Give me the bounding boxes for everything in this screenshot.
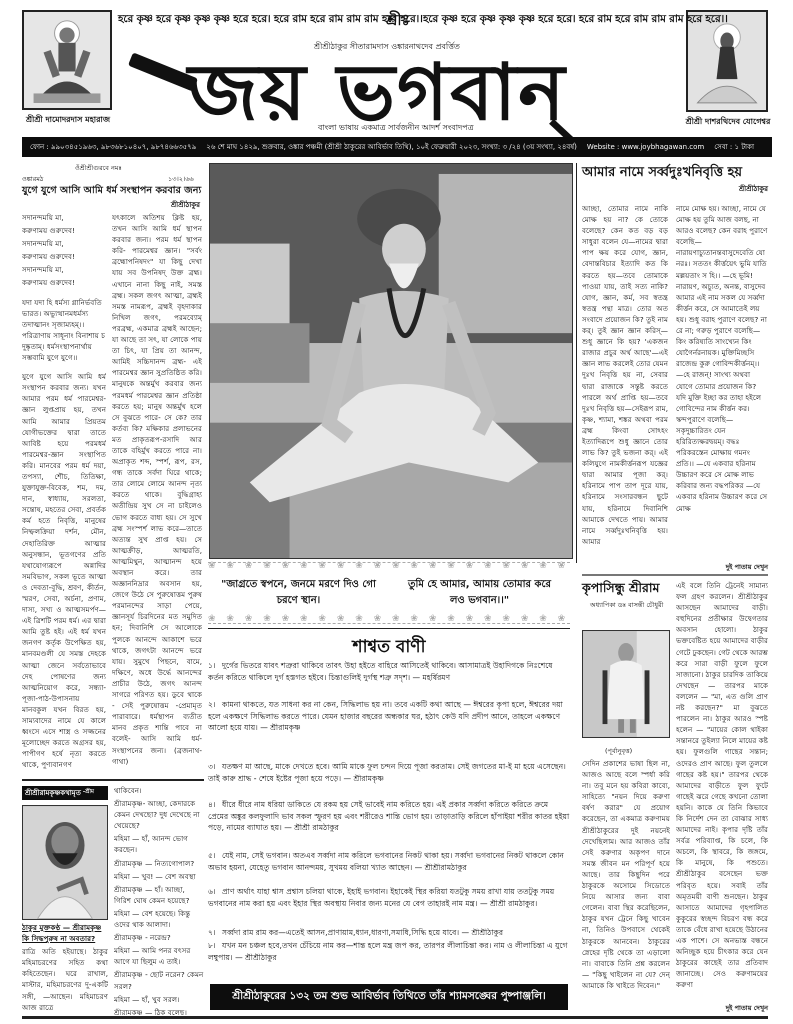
hymn-line: করুণাময় গুরুদেব! bbox=[22, 251, 106, 262]
price: সেবা : ১ টাকা bbox=[714, 141, 754, 153]
left-article-col1: সদানন্দময়ি মা, করুণাময় গুরুদেব! সদানন্… bbox=[22, 212, 106, 772]
divider bbox=[208, 628, 570, 629]
saying-item: ৪।ধীরে ধীরে নাম ধরিয়া ডাকিতে যে রকম হয়… bbox=[208, 799, 570, 834]
left-article-byline: শ্রীশ্রীঠাকুর bbox=[140, 199, 200, 211]
left-article-body-1: যুগে যুগে আসি আমি ধর্ম সংস্থাপন করবার জন… bbox=[22, 371, 106, 770]
ramakrishna-image bbox=[23, 806, 107, 919]
mantra-center: শ্রীঃ bbox=[386, 9, 409, 34]
seated-sage-main-image bbox=[210, 164, 572, 558]
kathamrita-col2: থাকিবেন। শ্রীরামকৃষ্ণ- আচ্ছা, কেদারকে কে… bbox=[114, 785, 204, 1015]
kripasindhu-headline: কৃপাসিন্ধু শ্রীরাম bbox=[582, 580, 659, 600]
saying-item: ৫।যেই নাম, সেই ভগবান। অতএব সর্ব্বদা নাম … bbox=[208, 850, 570, 873]
main-sage-photo bbox=[209, 163, 573, 559]
tagline: বাংলা ভাষায় একমাত্র সার্বজনীন আদর্শ সংব… bbox=[318, 122, 474, 135]
saying-item: ৩।যতক্ষণ মা আছে, মাকে দেখতে হবে। আমি মাক… bbox=[208, 761, 570, 784]
divider bbox=[22, 779, 204, 781]
phone-numbers: ফোন : ৯৯০৩৪৫১৯৬৩, ৯৮৩৬৮১০৪০৭, ৯৮৭৪৬৬৩৫৭৯ bbox=[30, 141, 196, 153]
right-article-body-1: আচ্ছা, তোমার নামে নাকি মোক্ষ হয় না? কে … bbox=[582, 203, 668, 547]
dialogue-line: শ্রীরামকৃষ্ণ — নিত্যগোপাল? bbox=[114, 858, 204, 869]
dialogue-line: মহিমা — বেশ হয়েছে। কিন্তু ওদের থাক আলাদ… bbox=[114, 908, 204, 930]
seated-sage-image bbox=[24, 12, 110, 108]
column-divider bbox=[576, 163, 577, 563]
hymn-line: করুণাময় গুরুদেব! bbox=[22, 277, 106, 288]
dialogue-line: থাকিবেন। bbox=[114, 785, 204, 796]
mantra-right: হরে কৃষ্ণ হরে কৃষ্ণ কৃষ্ণ কৃষ্ণ হরে হরে।… bbox=[423, 12, 728, 29]
left-article-col2: যৎকালে অতিশয় ক্লিষ্ট হয়, তখন আসি আমি ধ… bbox=[112, 212, 202, 772]
issue-date: ২৬ শে মাঘ ১৪২৯, শুক্রবার, ওঙ্কার পঞ্চমী … bbox=[206, 141, 577, 153]
left-portrait-caption: শ্রীশ্রী দামোদরদাস মহারাজ bbox=[22, 114, 114, 127]
sayings-title: শাশ্বত বাণী bbox=[208, 634, 570, 662]
kripasindhu-author: অধ্যাপিকা ডঃ বাসন্তী চৌধুরী bbox=[590, 600, 663, 611]
newspaper-title: জয় ভগবান্ bbox=[128, 54, 567, 132]
previous-note: (পূর্বানুবৃত্ত) bbox=[605, 746, 632, 757]
right-article-col2: নামে মোক্ষ হয়। আচ্ছা, নামে যে মোক্ষ হয়… bbox=[676, 203, 768, 551]
flower-border-bottom: ❀ ❀ ❀ ❀ ❀ ❀ ❀ ❀ ❀ ❀ ❀ ❀ ❀ ❀ ❀ ❀ ❀ ❀ ❀ ❀ … bbox=[208, 614, 570, 624]
right-article-byline: শ্রীশ্রীঠাকুর bbox=[700, 183, 768, 195]
kripasindhu-body-1: সেদিন প্রকাশের ভাষা ছিল না, আজও আছে বলে … bbox=[582, 758, 670, 991]
gita-sloka: যদা যদা হি ধর্মস্য গ্লানির্ভবতি ভারত। অভ… bbox=[22, 297, 106, 364]
right-portrait-caption: শ্রীশ্রী দাশরথিদেব যোগেশ্বর bbox=[680, 116, 776, 129]
invocation: ওঁশ্রীশ্রীগুরবে নমঃ bbox=[75, 163, 122, 174]
right-article-body-2: নামে মোক্ষ হয়। আচ্ছা, নামে যে মোক্ষ হয়… bbox=[676, 203, 768, 514]
dialogue-line: শ্রীরামকৃষ্ণ- আচ্ছা, কেদারকে কেমন দেখছো?… bbox=[114, 798, 204, 831]
quote-left: "জাগ্রতে স্বপনে, জনমে মরণে দিও গো চরণে স… bbox=[219, 577, 379, 609]
bottom-rule bbox=[22, 1016, 768, 1019]
kathamrita-title: শ্রীশ্রীরামকৃষ্ণকথামৃত -শ্রীম bbox=[22, 786, 108, 800]
info-bar: ফোন : ৯৯০৩৪৫১৯৬৩, ৯৮৩৬৮১০৪০৭, ৯৮৭৪৬৬৩৫৭৯… bbox=[22, 137, 772, 157]
quote-right: তুমি হে আমার, আমায় তোমার করে লও ভগবান।।… bbox=[400, 577, 560, 609]
saying-item: ৬।প্রাণ অর্থাৎ যাহা শ্বাস প্রশ্বাস চলিয়… bbox=[208, 886, 570, 909]
continued-note: দুই পাতায় দেখুন bbox=[700, 562, 768, 573]
saying-item: ৭।সর্ব্বদা রাম রাম কর—এতেই আসন,প্রাণায়া… bbox=[208, 927, 570, 939]
saying-item: ১।দুর্গের ভিতরে যাবৎ শত্রুরা থাকিবে তাবৎ… bbox=[208, 660, 570, 683]
hymn-line: সদানন্দময়ি মা, bbox=[22, 264, 106, 275]
dialogue-line: মহিমা — খুব! — বেশ অবস্থা bbox=[114, 871, 204, 882]
hymn-line: সদানন্দময়ি মা, bbox=[22, 212, 106, 223]
mantra-left: হরে কৃষ্ণ হরে কৃষ্ণ কৃষ্ণ কৃষ্ণ হরে হরে।… bbox=[118, 12, 423, 29]
dialogue-line: শ্রীরামকৃষ্ণ — হাঁ। আচ্ছা, গিরিশ ঘোষ কেম… bbox=[114, 884, 204, 906]
left-article-headline: যুগে যুগে আসি আমি ধর্ম সংস্থাপন করবার জন… bbox=[22, 184, 201, 199]
dialogue-line: মহিমা — হাঁ, আনন্দ ভোগ করছেন। bbox=[114, 833, 204, 855]
thakur-seated-image bbox=[583, 631, 669, 737]
kripasindhu-body-2: এই বলে তিনি ট্রেনেই সামান্য ফল গ্রহণ করল… bbox=[676, 580, 768, 990]
saying-item: ২।কামনা থাকতে, যত সাধনা কর না কেন, সিদ্ধ… bbox=[208, 699, 570, 734]
website-link[interactable]: Website : www.joybhagawan.com bbox=[587, 143, 704, 151]
kathamrita-subhead: ঠাকুর মুক্তকণ্ঠ — শ্রীরামকৃষ্ণ কি সিদ্ধপ… bbox=[22, 922, 108, 944]
saying-item: ৮।যখন মন চঞ্চল হবে,তখন চেঁচিয়ে নাম কর—শ… bbox=[208, 940, 570, 963]
hymn-line: করুণাময় গুরুদেব! bbox=[22, 225, 106, 236]
right-article-col1: আচ্ছা, তোমার নামে নাকি মোক্ষ হয় না? কে … bbox=[582, 203, 668, 551]
kripasindhu-col1: সেদিন প্রকাশের ভাষা ছিল না, আজও আছে বলে … bbox=[582, 758, 670, 1010]
dialogue-line: মহিমা — হাঁ, খুব সরল। bbox=[114, 994, 204, 1005]
dialogue-line: মহিমা — আমি পনর বৎসর আগে যা ছিলুম এ তাই। bbox=[114, 945, 204, 967]
anniversary-banner: শ্রীশ্রীঠাকুরের ১৩২ তম শুভ আবির্ভাব তিথি… bbox=[210, 984, 568, 1010]
continued-note: দুই পাতায় দেখুন bbox=[700, 1003, 768, 1014]
dialogue-line: শ্রীরামকৃষ্ণ - নরেন্দ্র? bbox=[114, 932, 204, 943]
ramakrishna-photo bbox=[22, 805, 108, 920]
kathamrita-col1: ঠাকুর মুক্তকণ্ঠ — শ্রীরামকৃষ্ণ কি সিদ্ধপ… bbox=[22, 922, 108, 1017]
right-article-headline: আমার নামে সর্ব্বদুঃখনিবৃত্তি হয় bbox=[582, 163, 742, 184]
dialogue-line: শ্রীরামকৃষ্ণ — ঠিক বলেছ। bbox=[114, 1007, 204, 1015]
kathamrita-body: রাত্রি অতি হইয়াছে। ঠাকুর মহিমাচরণের সহি… bbox=[22, 946, 108, 1013]
hymn-line: সদানন্দময়ি মা, bbox=[22, 238, 106, 249]
divider bbox=[582, 574, 768, 576]
dialogue-line: শ্রীরামকৃষ্ণ - ছোট নরেন? কেমন সরল? bbox=[114, 969, 204, 991]
thakur-chair-photo bbox=[582, 630, 670, 738]
left-portrait-photo bbox=[22, 10, 112, 110]
kripasindhu-col2: এই বলে তিনি ট্রেনেই সামান্য ফল গ্রহণ করল… bbox=[676, 580, 768, 1000]
left-article-body-2: যৎকালে অতিশয় ক্লিষ্ট হয়, তখন আসি আমি ধ… bbox=[112, 212, 202, 767]
